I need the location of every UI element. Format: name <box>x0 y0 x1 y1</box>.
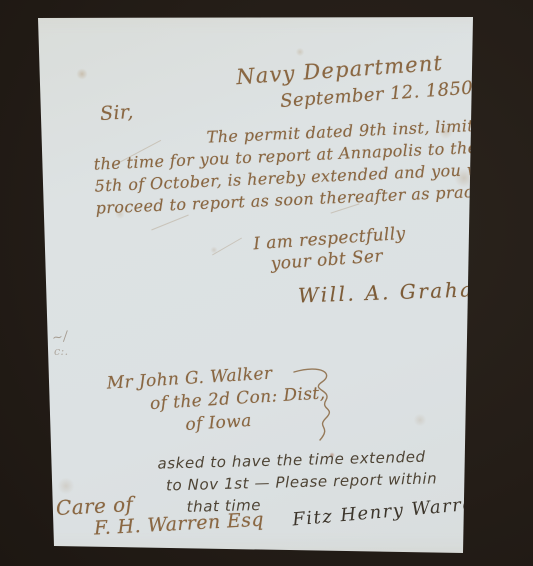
pen-flourish <box>292 366 336 444</box>
photograph-of-letter: Navy Department September 12. 1850. Sir,… <box>0 0 533 566</box>
margin-smudge-mark: c:. <box>54 345 69 358</box>
salutation: Sir, <box>99 101 134 125</box>
letter-paper: Navy Department September 12. 1850. Sir,… <box>0 0 533 566</box>
paper-scratch <box>212 238 242 256</box>
complimentary-close: I am respectfully your obt Ser <box>253 224 408 277</box>
letter-body: The permit dated 9th inst, limiting the … <box>92 112 533 219</box>
margin-smudge-mark: ~/ <box>51 329 69 346</box>
graham-signature: Will. A. Graham <box>298 277 497 308</box>
